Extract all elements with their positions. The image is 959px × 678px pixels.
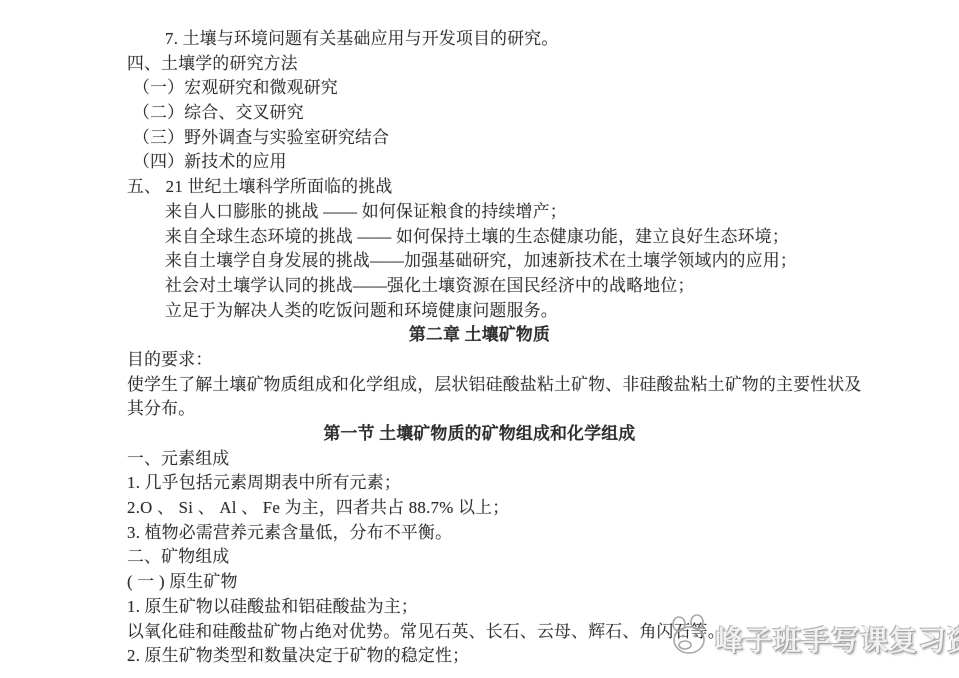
text-line: 3. 植物必需营养元素含量低，分布不平衡。 <box>127 521 959 546</box>
text-line: 其分布。 <box>127 397 959 422</box>
text-line: （二）综合、交叉研究 <box>133 101 959 126</box>
text-line: 二、矿物组成 <box>127 545 959 570</box>
text-line: 四、土壤学的研究方法 <box>127 52 959 77</box>
text-line: 第一节 土壤矿物质的矿物组成和化学组成 <box>0 422 959 447</box>
text-line: 来自全球生态环境的挑战 —— 如何保持土壤的生态健康功能，建立良好生态环境； <box>165 225 959 250</box>
text-line: 第二章 土壤矿物质 <box>0 323 959 348</box>
text-line: 来自人口膨胀的挑战 —— 如何保证粮食的持续增产； <box>165 200 959 225</box>
text-line: （三）野外调查与实验室研究结合 <box>133 126 959 151</box>
text-line: （四）新技术的应用 <box>133 150 959 175</box>
text-line: 来自土壤学自身发展的挑战——加强基础研究，加速新技术在土壤学领域内的应用； <box>165 249 959 274</box>
text-line: ( 一 ) 原生矿物 <box>127 570 959 595</box>
text-line: 2. 原生矿物类型和数量决定于矿物的稳定性； <box>127 644 959 669</box>
text-line: 使学生了解土壤矿物质组成和化学组成，层状铝硅酸盐粘土矿物、非硅酸盐粘土矿物的主要… <box>127 373 959 398</box>
text-line: 一、元素组成 <box>127 447 959 472</box>
text-line: 以氧化硅和硅酸盐矿物占绝对优势。常见石英、长石、云母、辉石、角闪石等。 <box>127 620 959 645</box>
text-line: 2.O 、 Si 、 Al 、 Fe 为主，四者共占 88.7% 以上； <box>127 496 959 521</box>
text-line: 目的要求： <box>127 348 959 373</box>
text-line: 立足于为解决人类的吃饭问题和环境健康问题服务。 <box>165 299 959 324</box>
text-line: （一）宏观研究和微观研究 <box>133 76 959 101</box>
scanned-document-page: 7. 土壤与环境问题有关基础应用与开发项目的研究。四、土壤学的研究方法（一）宏观… <box>0 0 959 678</box>
text-line: 1. 原生矿物以硅酸盐和铝硅酸盐为主； <box>127 595 959 620</box>
text-line: 1. 几乎包括元素周期表中所有元素； <box>127 471 959 496</box>
text-line: 7. 土壤与环境问题有关基础应用与开发项目的研究。 <box>165 27 959 52</box>
text-line: 社会对土壤学认同的挑战——强化土壤资源在国民经济中的战略地位； <box>165 274 959 299</box>
document-text-block: 7. 土壤与环境问题有关基础应用与开发项目的研究。四、土壤学的研究方法（一）宏观… <box>0 27 959 669</box>
text-line: 五、 21 世纪土壤科学所面临的挑战 <box>127 175 959 200</box>
